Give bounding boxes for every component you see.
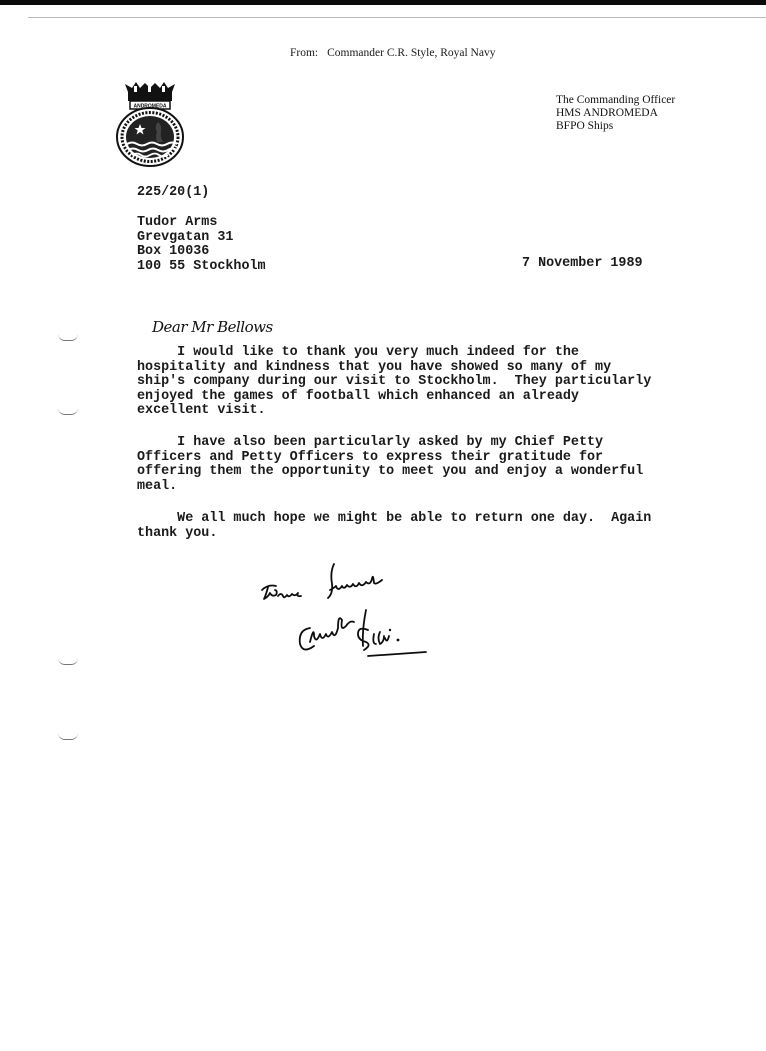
from-label: From: <box>290 47 318 59</box>
body-paragraph: I have also been particularly asked by m… <box>137 436 643 494</box>
letter-date: 7 November 1989 <box>522 257 643 272</box>
binder-hole-mark <box>58 334 78 341</box>
address-line: 100 55 Stockholm <box>137 260 266 275</box>
office-line: BFPO Ships <box>556 120 675 133</box>
binder-hole-mark <box>58 733 78 740</box>
body-paragraph: We all much hope we might be able to ret… <box>137 512 651 541</box>
office-line: The Commanding Officer <box>556 94 675 107</box>
ship-crest-icon: ANDROMEDA <box>112 82 188 168</box>
address-line: Box 10036 <box>137 245 266 260</box>
binder-hole-mark <box>58 658 78 665</box>
office-line: HMS ANDROMEDA <box>556 107 675 120</box>
scan-top-edge <box>0 0 766 5</box>
salutation: Dear Mr Bellows <box>152 318 273 336</box>
office-address: The Commanding Officer HMS ANDROMEDA BFP… <box>556 94 675 133</box>
reference-number: 225/20(1) <box>137 186 209 201</box>
from-line: From:Commander C.R. Style, Royal Navy <box>290 47 495 59</box>
binder-hole-mark <box>58 408 78 415</box>
from-value: Commander C.R. Style, Royal Navy <box>327 47 495 59</box>
body-paragraph: I would like to thank you very much inde… <box>137 346 651 419</box>
address-line: Tudor Arms <box>137 216 266 231</box>
recipient-address: Tudor Arms Grevgatan 31 Box 10036 100 55… <box>137 216 266 274</box>
address-line: Grevgatan 31 <box>137 231 266 246</box>
letterhead-rule <box>28 17 766 18</box>
handwritten-signature-icon: Yours Sincerely <box>248 550 448 670</box>
